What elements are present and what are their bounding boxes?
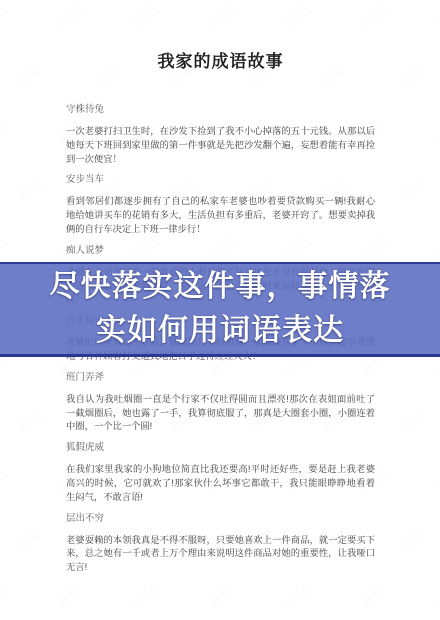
watermark-stamp: 印记 <box>395 58 427 89</box>
watermark-stamp: 印记 <box>433 232 440 263</box>
idiom-section: 狐假虎威 在我们家里我家的小狗地位简直比我还要高!平时还好些，要是赶上我老婆高兴… <box>66 441 375 504</box>
watermark-stamp: 印记 <box>433 464 440 495</box>
idiom-section: 层出不穷 老婆耍赖的本领我真是不得不服呀，只要她喜欢上一件商品，就一定要买下来，… <box>66 512 375 575</box>
watermark-stamp: 印记 <box>15 406 47 437</box>
watermark-stamp: 印记 <box>0 116 9 147</box>
section-heading: 痴人说梦 <box>66 244 375 257</box>
watermark-stamp: 印记 <box>0 464 9 495</box>
section-paragraph: 看到邻居们都逐步拥有了自己的私家车老婆也吵着要贷款购买一辆!我耐心地给她讲买车的… <box>66 195 375 236</box>
section-heading: 狐假虎威 <box>66 441 375 454</box>
caption-overlay-banner: 尽快落实这件事，事情落 实如何用词语表达 <box>0 262 440 357</box>
idiom-section: 班门弄斧 我自认为我吐烟圈一直是个行家不仅吐得圆而且漂亮!那次在表姐面前吐了一截… <box>66 371 375 434</box>
watermark-stamp: 印记 <box>129 580 161 611</box>
watermark-stamp: 印记 <box>281 580 313 611</box>
section-heading: 层出不穷 <box>66 512 375 525</box>
watermark-stamp: 印记 <box>395 174 427 205</box>
watermark-stamp: 印记 <box>433 0 440 31</box>
watermark-stamp: 印记 <box>15 58 47 89</box>
watermark-stamp: 印记 <box>15 522 47 553</box>
watermark-stamp: 印记 <box>395 406 427 437</box>
overlay-caption: 尽快落实这件事，事情落 实如何用词语表达 <box>50 265 391 353</box>
overlay-caption-line2: 实如何用词语表达 <box>50 309 391 353</box>
section-heading: 班门弄斧 <box>66 371 375 384</box>
overlay-caption-line1: 尽快落实这件事，事情落 <box>50 265 391 309</box>
watermark-stamp: 印记 <box>433 116 440 147</box>
section-heading: 守株待兔 <box>66 103 375 116</box>
section-paragraph: 在我们家里我家的小狗地位简直比我还要高!平时还好些，要是赶上我老婆高兴的时候，它… <box>66 463 375 504</box>
watermark-stamp: 印记 <box>0 0 9 31</box>
idiom-section: 安步当车 看到邻居们都逐步拥有了自己的私家车老婆也吵着要贷款购买一辆!我耐心地给… <box>66 173 375 236</box>
idiom-section: 守株待兔 一次老婆打扫卫生时，在沙发下捡到了我不小心掉落的五十元钱。从那以后她每… <box>66 103 375 166</box>
watermark-stamp: 印记 <box>395 522 427 553</box>
section-paragraph: 我自认为我吐烟圈一直是个行家不仅吐得圆而且漂亮!那次在表姐面前吐了一截烟圈后，她… <box>66 393 375 434</box>
watermark-stamp: 印记 <box>205 580 237 611</box>
watermark-stamp: 印记 <box>0 232 9 263</box>
watermark-stamp: 印记 <box>0 580 9 611</box>
section-heading: 安步当车 <box>66 173 375 186</box>
watermark-stamp: 印记 <box>15 174 47 205</box>
document-page: 印记印记印记印记印记印记印记印记印记印记印记印记印记印记印记印记印记印记印记印记… <box>0 0 440 620</box>
section-paragraph: 老婆耍赖的本领我真是不得不服呀，只要她喜欢上一件商品，就一定要买下来，总之她有一… <box>66 534 375 575</box>
watermark-stamp: 印记 <box>53 580 85 611</box>
watermark-stamp: 印记 <box>357 580 389 611</box>
watermark-stamp: 印记 <box>433 580 440 611</box>
section-paragraph: 一次老婆打扫卫生时，在沙发下捡到了我不小心掉落的五十元钱。从那以后她每天下班回到… <box>66 125 375 166</box>
page-title: 我家的成语故事 <box>66 52 375 71</box>
